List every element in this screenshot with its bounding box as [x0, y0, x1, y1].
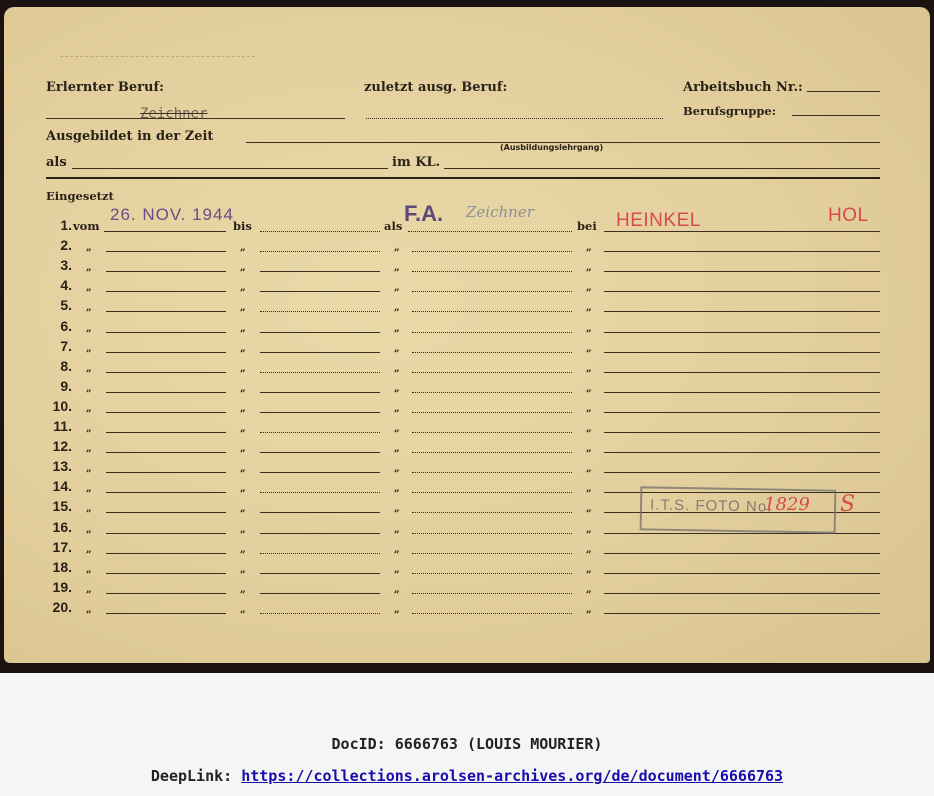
ditto-mark: „: [586, 544, 592, 555]
als-line: [412, 291, 572, 292]
vom-line: [106, 392, 226, 393]
vom-line: [106, 533, 226, 534]
row-number: 14.: [46, 478, 72, 494]
row-number: 6.: [46, 318, 72, 334]
als-line: [412, 271, 572, 272]
ditto-mark: „: [86, 483, 92, 494]
ditto-mark: „: [86, 383, 92, 394]
ditto-mark: „: [240, 503, 246, 514]
vom-line: [106, 271, 226, 272]
bei-line: [604, 251, 880, 252]
row-number: 19.: [46, 579, 72, 595]
ditto-mark: „: [586, 443, 592, 454]
row-number: 4.: [46, 277, 72, 293]
vom-line: [106, 512, 226, 513]
ditto-mark: „: [86, 544, 92, 555]
row1-als-handwriting: Zeichner: [466, 203, 534, 221]
ditto-mark: „: [586, 383, 592, 394]
als-line: [412, 553, 572, 554]
scanned-document-background: Erlernter Beruf: Zeichner zuletzt ausg. …: [0, 0, 934, 673]
ditto-mark: „: [240, 524, 246, 535]
zuletzt-beruf-line: [366, 118, 663, 119]
als-line: [412, 392, 572, 393]
row-number: 8.: [46, 358, 72, 374]
ditto-mark: „: [86, 604, 92, 615]
als-line: [412, 352, 572, 353]
row-number: 16.: [46, 519, 72, 535]
row-number: 2.: [46, 237, 72, 253]
row-number: 12.: [46, 438, 72, 454]
row-number: 15.: [46, 498, 72, 514]
bis-line: [260, 251, 380, 252]
deeplink-url[interactable]: https://collections.arolsen-archives.org…: [241, 767, 783, 785]
bis-line: [260, 593, 380, 594]
vom-line: [106, 613, 226, 614]
bis-line: [260, 352, 380, 353]
bei-line: [604, 412, 880, 413]
bis-line: [260, 231, 380, 232]
doc-id: DocID: 6666763 (LOUIS MOURIER): [0, 735, 934, 753]
bis-line: [260, 512, 380, 513]
bis-line: [260, 553, 380, 554]
ditto-mark: „: [86, 564, 92, 575]
bei-line: [604, 332, 880, 333]
vom-label: vom: [73, 219, 100, 233]
bei-line: [604, 533, 880, 534]
ditto-mark: „: [394, 363, 400, 374]
bis-line: [260, 452, 380, 453]
ditto-mark: „: [86, 463, 92, 474]
ditto-mark: „: [240, 443, 246, 454]
vom-line: [106, 573, 226, 574]
ditto-mark: „: [394, 544, 400, 555]
vom-line: [106, 352, 226, 353]
row-number: 5.: [46, 297, 72, 313]
ditto-mark: „: [586, 403, 592, 414]
berufsgruppe-label: Berufsgruppe:: [683, 104, 776, 118]
als-line: [412, 593, 572, 594]
ditto-mark: „: [394, 343, 400, 354]
arbeitsbuch-label: Arbeitsbuch Nr.:: [683, 80, 803, 95]
als-line: [412, 251, 572, 252]
bei-line: [604, 291, 880, 292]
bis-line: [260, 372, 380, 373]
als-line: [412, 412, 572, 413]
ditto-mark: „: [586, 262, 592, 273]
bis-line: [260, 311, 380, 312]
als-line: [72, 168, 388, 169]
ditto-mark: „: [586, 423, 592, 434]
als-line: [412, 332, 572, 333]
bei-label: bei: [577, 219, 597, 233]
als-line: [412, 613, 572, 614]
als-line: [412, 512, 572, 513]
bei-line: [604, 573, 880, 574]
ditto-mark: „: [86, 262, 92, 273]
row1-als-stamp: F.A.: [404, 201, 443, 227]
row-number: 20.: [46, 599, 72, 615]
deeplink-label: DeepLink:: [151, 767, 241, 785]
ditto-mark: „: [240, 584, 246, 595]
als-line: [412, 492, 572, 493]
ditto-mark: „: [240, 383, 246, 394]
bis-line: [260, 472, 380, 473]
bis-line: [260, 412, 380, 413]
vom-line: [104, 231, 226, 232]
work-assignment-card: Erlernter Beruf: Zeichner zuletzt ausg. …: [4, 7, 930, 663]
ditto-mark: „: [394, 564, 400, 575]
vom-line: [106, 492, 226, 493]
vom-line: [106, 291, 226, 292]
ditto-mark: „: [586, 584, 592, 595]
vom-line: [106, 332, 226, 333]
header-divider: [46, 177, 880, 179]
erlernter-beruf-label: Erlernter Beruf:: [46, 80, 164, 95]
bei-line: [604, 593, 880, 594]
eingesetzt-title: Eingesetzt: [46, 189, 114, 203]
row1-bei-extra-stamp: HOL: [828, 205, 869, 227]
als-label: als: [46, 155, 67, 170]
ditto-mark: „: [394, 242, 400, 253]
ditto-mark: „: [394, 483, 400, 494]
ditto-mark: „: [394, 604, 400, 615]
ditto-mark: „: [394, 423, 400, 434]
bis-line: [260, 492, 380, 493]
ausbildungslehrgang-caption: (Ausbildungslehrgang): [500, 143, 603, 152]
row-number: 11.: [46, 418, 72, 434]
als-line: [412, 573, 572, 574]
deeplink-row: DeepLink: https://collections.arolsen-ar…: [0, 767, 934, 785]
ditto-mark: „: [240, 323, 246, 334]
bis-label: bis: [233, 219, 252, 233]
bei-line: [604, 432, 880, 433]
als-line: [412, 432, 572, 433]
ditto-mark: „: [86, 323, 92, 334]
ditto-mark: „: [86, 524, 92, 535]
bei-line: [604, 352, 880, 353]
bei-line: [604, 372, 880, 373]
bis-line: [260, 573, 380, 574]
row-number: 13.: [46, 458, 72, 474]
ditto-mark: „: [240, 564, 246, 575]
ditto-mark: „: [394, 302, 400, 313]
ditto-mark: „: [86, 242, 92, 253]
bei-line: [604, 472, 880, 473]
ditto-mark: „: [586, 363, 592, 374]
ditto-mark: „: [240, 423, 246, 434]
ditto-mark: „: [86, 443, 92, 454]
als-line: [412, 472, 572, 473]
bei-line: [604, 392, 880, 393]
als-line: [408, 231, 572, 232]
im-kl-line: [444, 168, 880, 169]
ditto-mark: „: [586, 302, 592, 313]
row1-bei-stamp: HEINKEL: [616, 210, 701, 232]
faint-bleed-through-line: [60, 56, 255, 57]
ditto-mark: „: [240, 483, 246, 494]
vom-line: [106, 372, 226, 373]
ditto-mark: „: [586, 564, 592, 575]
ditto-mark: „: [394, 323, 400, 334]
row-number: 18.: [46, 559, 72, 575]
ditto-mark: „: [394, 403, 400, 414]
ditto-mark: „: [586, 343, 592, 354]
row-number: 3.: [46, 257, 72, 273]
ditto-mark: „: [394, 503, 400, 514]
vom-line: [106, 251, 226, 252]
ditto-mark: „: [86, 503, 92, 514]
bis-line: [260, 332, 380, 333]
bis-line: [260, 432, 380, 433]
ditto-mark: „: [240, 282, 246, 293]
foto-stamp-mark: S: [840, 492, 855, 517]
ditto-mark: „: [586, 323, 592, 334]
ditto-mark: „: [586, 242, 592, 253]
ditto-mark: „: [586, 463, 592, 474]
ditto-mark: „: [394, 463, 400, 474]
ditto-mark: „: [394, 443, 400, 454]
als-line: [412, 372, 572, 373]
vom-line: [106, 452, 226, 453]
ditto-mark: „: [394, 262, 400, 273]
ditto-mark: „: [240, 463, 246, 474]
ditto-mark: „: [586, 503, 592, 514]
arbeitsbuch-line: [807, 91, 880, 92]
ditto-mark: „: [394, 524, 400, 535]
ditto-mark: „: [240, 363, 246, 374]
vom-line: [106, 311, 226, 312]
row-number: 10.: [46, 398, 72, 414]
zuletzt-beruf-label: zuletzt ausg. Beruf:: [364, 80, 507, 95]
ditto-mark: „: [240, 403, 246, 414]
row1-vom-stamp: 26. NOV. 1944: [110, 205, 234, 225]
bei-line: [604, 311, 880, 312]
ditto-mark: „: [86, 302, 92, 313]
ditto-mark: „: [86, 282, 92, 293]
ditto-mark: „: [586, 483, 592, 494]
bis-line: [260, 392, 380, 393]
bei-line: [604, 271, 880, 272]
row-number: 1.: [46, 217, 72, 233]
ditto-mark: „: [586, 524, 592, 535]
vom-line: [106, 412, 226, 413]
document-footer: DocID: 6666763 (LOUIS MOURIER) DeepLink:…: [0, 673, 934, 796]
ditto-mark: „: [394, 282, 400, 293]
bei-line: [604, 613, 880, 614]
vom-line: [106, 432, 226, 433]
ditto-mark: „: [86, 343, 92, 354]
bis-line: [260, 291, 380, 292]
berufsgruppe-line: [792, 115, 880, 116]
foto-stamp-number: 1829: [764, 494, 810, 515]
ditto-mark: „: [394, 383, 400, 394]
als-row-label: als: [384, 219, 402, 233]
ditto-mark: „: [394, 584, 400, 595]
bis-line: [260, 271, 380, 272]
ditto-mark: „: [240, 262, 246, 273]
als-line: [412, 311, 572, 312]
ditto-mark: „: [86, 584, 92, 595]
bis-line: [260, 613, 380, 614]
row-number: 7.: [46, 338, 72, 354]
im-kl-label: im KL.: [392, 155, 440, 170]
ditto-mark: „: [586, 604, 592, 615]
ditto-mark: „: [86, 363, 92, 374]
vom-line: [106, 593, 226, 594]
ditto-mark: „: [240, 242, 246, 253]
vom-line: [106, 472, 226, 473]
ditto-mark: „: [86, 403, 92, 414]
ditto-mark: „: [586, 282, 592, 293]
vom-line: [106, 553, 226, 554]
ditto-mark: „: [240, 302, 246, 313]
row-number: 9.: [46, 378, 72, 394]
als-line: [412, 452, 572, 453]
bei-line: [604, 553, 880, 554]
ditto-mark: „: [86, 423, 92, 434]
ditto-mark: „: [240, 343, 246, 354]
bis-line: [260, 533, 380, 534]
ditto-mark: „: [240, 544, 246, 555]
row-number: 17.: [46, 539, 72, 555]
erlernter-beruf-value: Zeichner: [140, 106, 207, 122]
ausgebildet-label: Ausgebildet in der Zeit: [46, 129, 213, 144]
als-line: [412, 533, 572, 534]
bei-line: [604, 452, 880, 453]
foto-stamp-text: I.T.S. FOTO No.: [650, 496, 773, 515]
ditto-mark: „: [240, 604, 246, 615]
